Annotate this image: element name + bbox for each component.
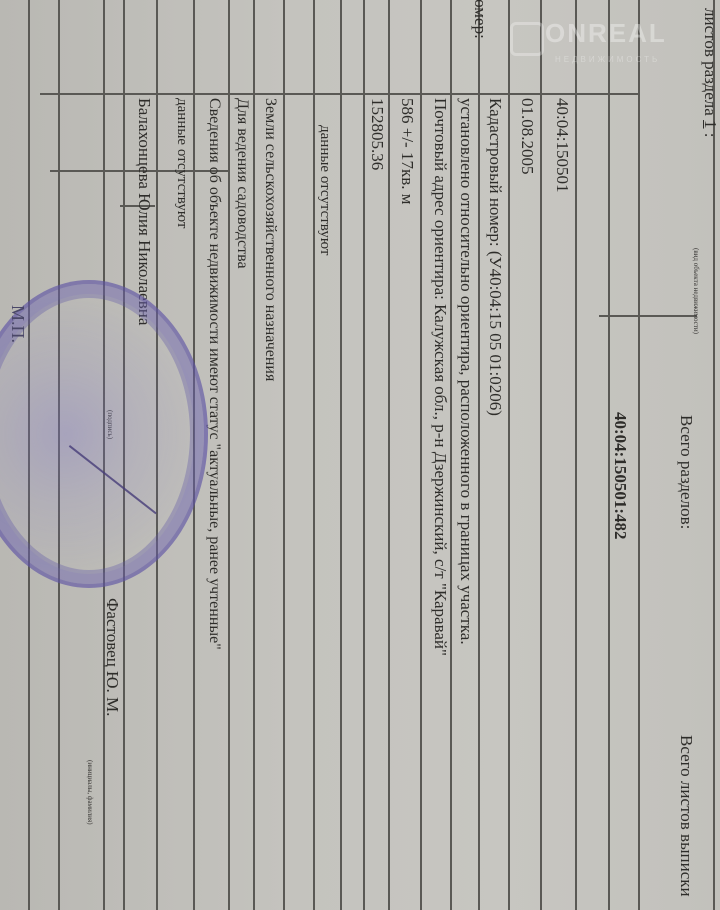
- row-permitted-use: Для ведения садоводства: [232, 98, 252, 269]
- row-status: Сведения об объекте недвижимости имеют с…: [204, 98, 224, 650]
- total-sheets-label: Всего листов выписки: [676, 735, 696, 897]
- document-photo: листов раздела 1 : (вид объекта недвижим…: [0, 0, 720, 910]
- column-divider: [599, 315, 697, 317]
- rule: [253, 0, 255, 910]
- signature-caption: (инициалы, фамилия): [80, 760, 100, 825]
- rule: [283, 0, 285, 910]
- rule: [340, 0, 342, 910]
- row-area: 586 +/- 17кв. м: [397, 98, 417, 205]
- watermark-brand: ONREAL: [545, 18, 667, 49]
- row-date: 01.08.2005: [517, 98, 537, 175]
- rule: [363, 0, 365, 910]
- rule: [478, 0, 480, 910]
- row-cadastral-quarter: 40:04:150501: [552, 98, 572, 192]
- stamp-label: М.П.: [7, 305, 28, 343]
- rule: [388, 0, 390, 910]
- rule: [540, 0, 542, 910]
- row-previous-cadastral: данные отсутствуют: [315, 125, 335, 255]
- rule: [420, 0, 422, 910]
- rule: [638, 0, 640, 910]
- number-label: номер:: [470, 0, 490, 39]
- row-location: установлено относительно ориентира, расп…: [456, 98, 476, 645]
- rule: [508, 0, 510, 910]
- rule: [575, 0, 577, 910]
- rule: [450, 0, 452, 910]
- row-postal-address: Почтовый адрес ориентира: Калужская обл.…: [430, 98, 450, 656]
- row-special-notes: данные отсутствуют: [172, 98, 192, 228]
- signature-name: Фастовец Ю. М.: [102, 598, 122, 716]
- row-land-category: Земли сельскохозяйственного назначения: [260, 98, 280, 381]
- object-type-caption: (вид объекта недвижимости): [686, 248, 706, 334]
- column-divider: [40, 93, 640, 95]
- watermark-sub: НЕДВИЖИМОСТЬ: [555, 55, 660, 64]
- sheets-of-section-label: листов раздела 1 :: [700, 8, 720, 138]
- total-sections-label: Всего разделов:: [676, 415, 696, 529]
- cadastral-number-full: 40:04:150501:482: [610, 412, 630, 539]
- rule: [228, 0, 230, 910]
- row-cadastral-value: 152805.36: [367, 98, 387, 170]
- section-number: 1: [701, 120, 720, 129]
- watermark-house-icon: [510, 22, 544, 56]
- row-previous-number: Кадастровый номер: (У40:04:15 05 01:0206…: [485, 98, 505, 416]
- row-rights-holder: Балахонцева Юлия Николаевна: [134, 98, 154, 325]
